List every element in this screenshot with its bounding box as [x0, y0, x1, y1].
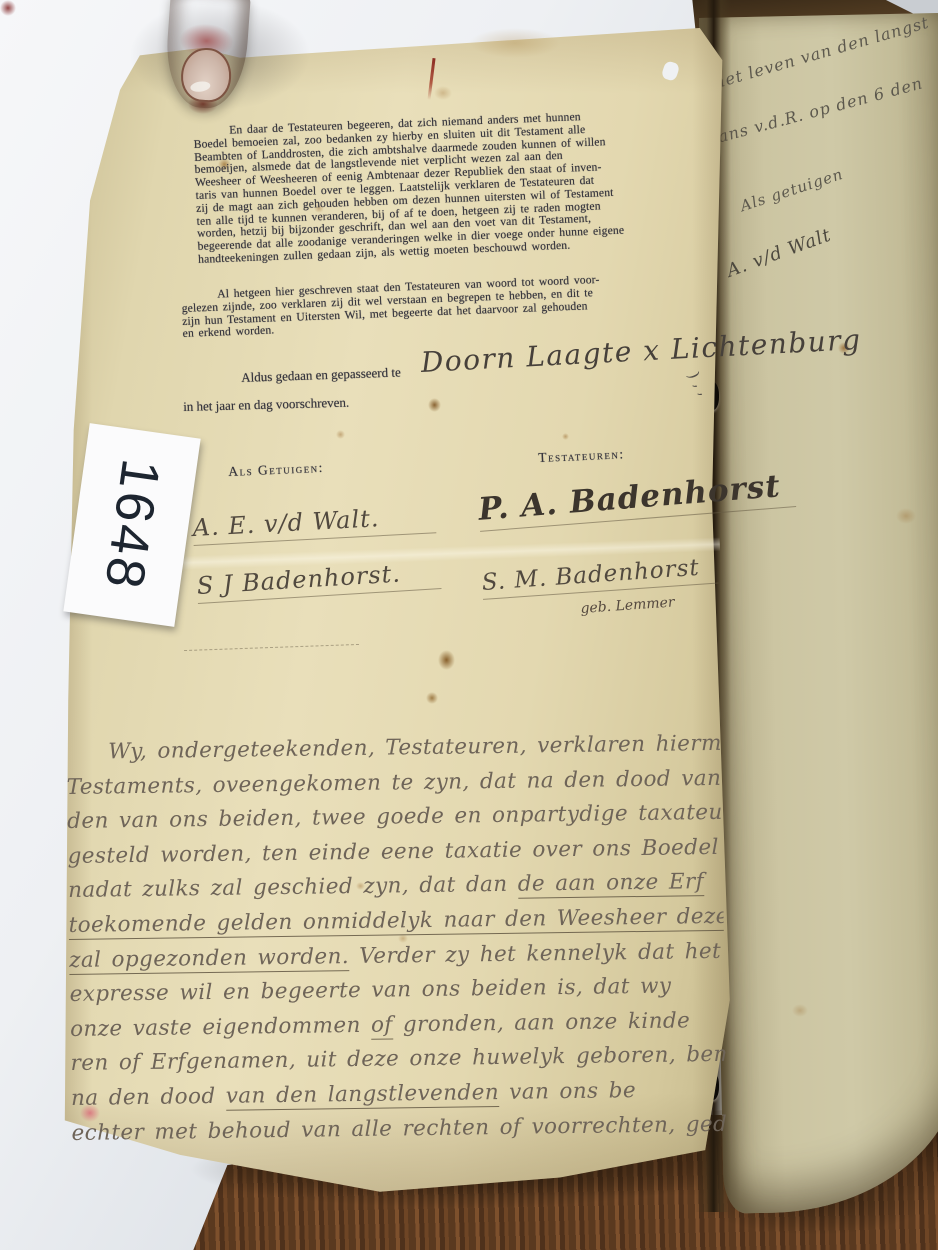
handwritten-codicil: Wy, ondergeteekenden, Testateuren, verkl…	[66, 727, 727, 1151]
printed-paragraph-clauses: En daar de Testateuren begeeren, dat zic…	[193, 108, 678, 267]
stain	[792, 1004, 808, 1017]
stain	[426, 692, 438, 704]
stain	[336, 430, 345, 439]
stain	[470, 28, 560, 58]
book-right-page	[699, 13, 938, 1214]
stain	[0, 0, 16, 16]
stain	[434, 86, 452, 100]
stain	[428, 398, 441, 412]
stain	[896, 508, 916, 524]
archive-number: 1648	[92, 455, 172, 594]
stain	[438, 650, 455, 670]
stain	[562, 433, 569, 440]
thumb-nail	[179, 46, 233, 103]
